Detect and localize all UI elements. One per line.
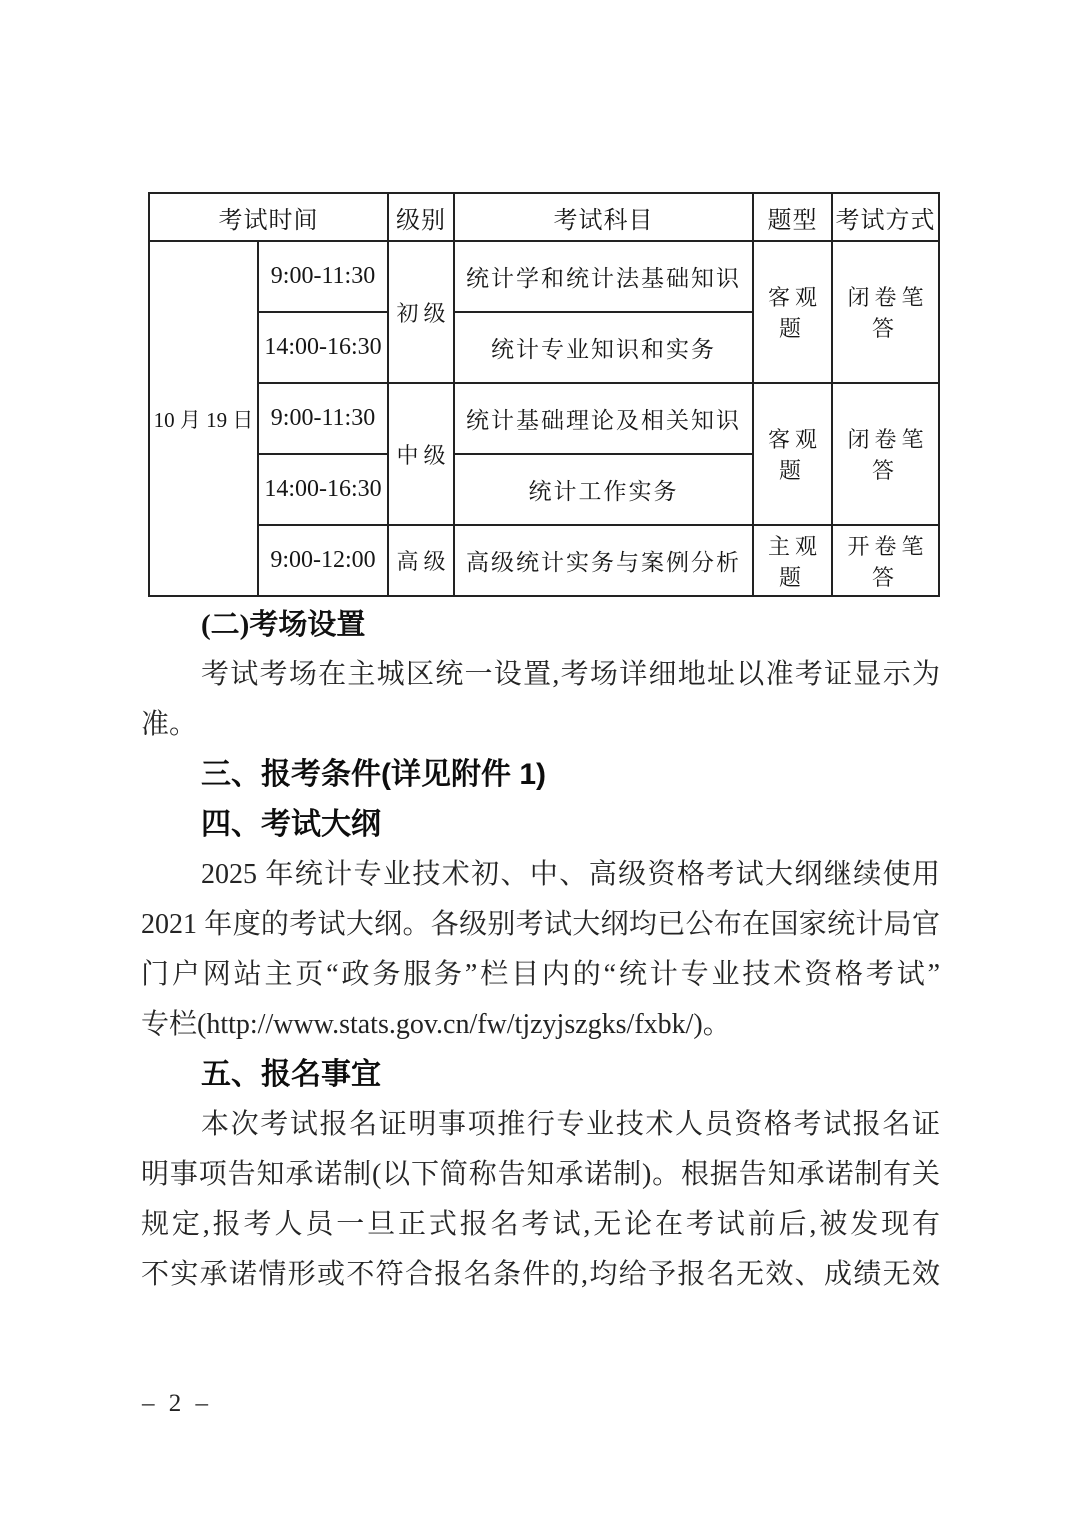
paragraph-line: 不实承诺情形或不符合报名条件的,均给予报名无效、成绩无效 [141, 1250, 940, 1300]
header-subject: 考试科目 [454, 193, 753, 241]
paragraph-line: 规定,报考人员一旦正式报名考试,无论在考试前后,被发现有 [141, 1200, 940, 1250]
section-heading-exam-outline: 四、考试大纲 [141, 800, 940, 850]
level-cell: 初级 [388, 241, 454, 383]
header-question-type: 题型 [753, 193, 832, 241]
paragraph-line: 本次考试报名证明事项推行专业技术人员资格考试报名证 [141, 1100, 940, 1150]
paragraph-line: 2025 年统计专业技术初、中、高级资格考试大纲继续使用 [141, 850, 940, 900]
paragraph-line: 2021 年度的考试大纲。各级别考试大纲均已公布在国家统计局官 [141, 900, 940, 950]
document-page: 考试时间 级别 考试科目 题型 考试方式 10 月 19 日 9:00-11:3… [0, 0, 1074, 1520]
section-heading-registration: 五、报名事宜 [141, 1050, 940, 1100]
question-type-cell: 客观题 [753, 241, 832, 383]
exam-method-cell: 闭卷笔答 [832, 383, 939, 525]
subject-cell: 高级统计实务与案例分析 [454, 525, 753, 596]
time-cell: 14:00-16:30 [258, 454, 388, 525]
section-heading-application-conditions: 三、报考条件(详见附件 1) [141, 750, 940, 800]
question-type-cell: 主观题 [753, 525, 832, 596]
subject-cell: 统计专业知识和实务 [454, 312, 753, 383]
exam-method-cell: 开卷笔答 [832, 525, 939, 596]
table-row: 9:00-12:00 高级 高级统计实务与案例分析 主观题 开卷笔答 [149, 525, 939, 596]
time-cell: 9:00-11:30 [258, 241, 388, 312]
time-cell: 9:00-11:30 [258, 383, 388, 454]
section-heading-exam-venue: (二)考场设置 [141, 600, 940, 650]
table-row: 9:00-11:30 中级 统计基础理论及相关知识 客观题 闭卷笔答 [149, 383, 939, 454]
page-number: – 2 – [142, 1390, 212, 1418]
subject-cell: 统计工作实务 [454, 454, 753, 525]
table-header-row: 考试时间 级别 考试科目 题型 考试方式 [149, 193, 939, 241]
question-type-cell: 客观题 [753, 383, 832, 525]
paragraph-line: 考试考场在主城区统一设置,考场详细地址以准考证显示为 [141, 650, 940, 700]
header-level: 级别 [388, 193, 454, 241]
header-exam-method: 考试方式 [832, 193, 939, 241]
time-cell: 9:00-12:00 [258, 525, 388, 596]
paragraph-line: 明事项告知承诺制(以下简称告知承诺制)。根据告知承诺制有关 [141, 1150, 940, 1200]
exam-method-cell: 闭卷笔答 [832, 241, 939, 383]
website-url-line: 专栏(http://www.stats.gov.cn/fw/tjzyjszgks… [141, 1000, 940, 1050]
document-body: (二)考场设置 考试考场在主城区统一设置,考场详细地址以准考证显示为 准。 三、… [141, 600, 940, 1300]
time-cell: 14:00-16:30 [258, 312, 388, 383]
paragraph-line: 门户网站主页“政务服务”栏目内的“统计专业技术资格考试” [141, 950, 940, 1000]
subject-cell: 统计学和统计法基础知识 [454, 241, 753, 312]
paragraph-line: 准。 [141, 700, 940, 750]
level-cell: 高级 [388, 525, 454, 596]
level-cell: 中级 [388, 383, 454, 525]
exam-schedule-table: 考试时间 级别 考试科目 题型 考试方式 10 月 19 日 9:00-11:3… [148, 192, 940, 597]
header-exam-time: 考试时间 [149, 193, 388, 241]
exam-date-cell: 10 月 19 日 [149, 241, 258, 596]
subject-cell: 统计基础理论及相关知识 [454, 383, 753, 454]
table-row: 10 月 19 日 9:00-11:30 初级 统计学和统计法基础知识 客观题 … [149, 241, 939, 312]
